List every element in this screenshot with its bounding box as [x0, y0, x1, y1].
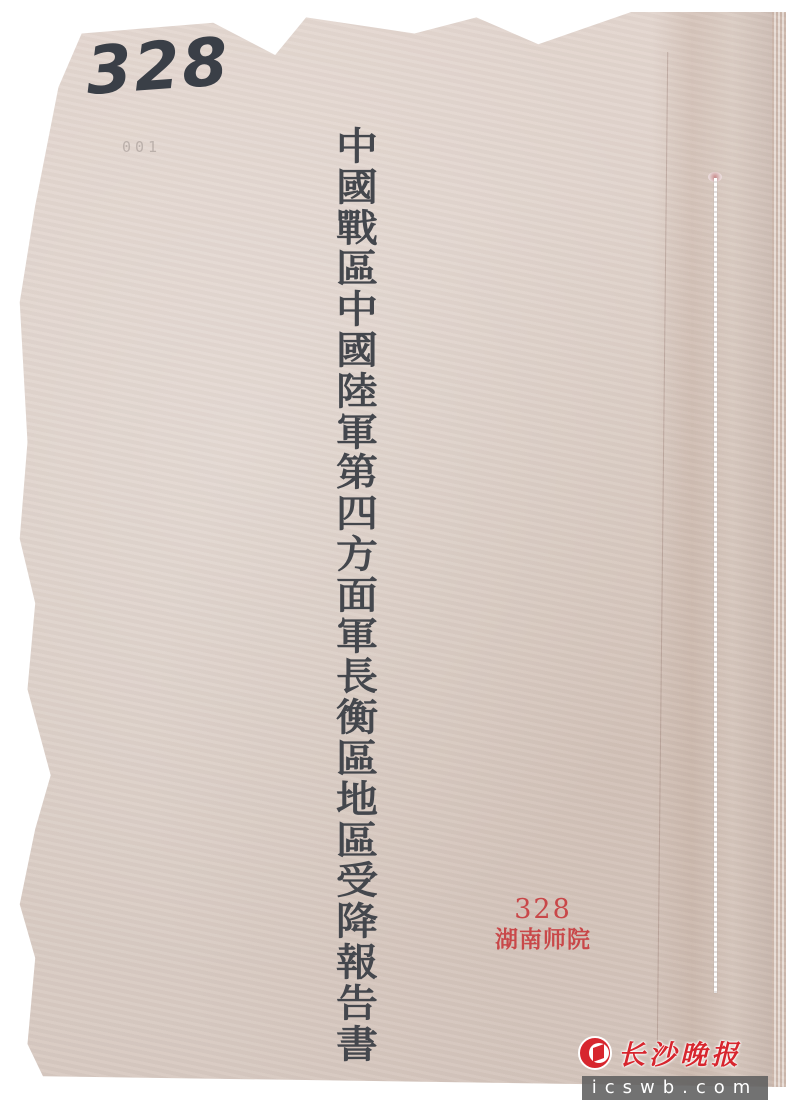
binding-string — [714, 178, 717, 993]
title-char: 地 — [318, 782, 396, 819]
title-char: 區 — [318, 823, 396, 860]
stamp-institution: 湖南师院 — [478, 925, 608, 955]
title-char: 區 — [318, 251, 396, 288]
title-char: 書 — [318, 1027, 396, 1064]
watermark-name: 长沙晚报 — [618, 1033, 742, 1072]
newspaper-logo-icon — [578, 1036, 612, 1070]
watermark-url: icswb.com — [582, 1076, 768, 1100]
title-char: 國 — [318, 333, 396, 370]
title-char: 中 — [318, 129, 396, 166]
title-char: 衡 — [318, 700, 396, 737]
title-char: 第 — [318, 455, 396, 492]
title-char: 面 — [318, 578, 396, 615]
title-char: 中 — [318, 292, 396, 329]
page-edges — [772, 12, 786, 1087]
title-char: 國 — [318, 170, 396, 207]
stamp-number: 328 — [478, 895, 608, 925]
document-cover — [12, 12, 786, 1087]
title-char: 告 — [318, 986, 396, 1023]
newspaper-watermark: 长沙晚报 icswb.com — [578, 1033, 778, 1100]
fold-crease — [657, 52, 668, 1052]
title-char: 方 — [318, 537, 396, 574]
title-char: 戰 — [318, 211, 396, 248]
title-char: 受 — [318, 863, 396, 900]
title-char: 區 — [318, 741, 396, 778]
title-char: 陸 — [318, 374, 396, 411]
library-stamp: 328 湖南师院 — [478, 895, 608, 955]
document-title: 中 國 戰 區 中 國 陸 軍 第 四 方 面 軍 長 衡 區 地 區 受 降 … — [318, 127, 396, 1065]
title-char: 長 — [318, 659, 396, 696]
title-char: 報 — [318, 945, 396, 982]
title-char: 軍 — [318, 415, 396, 452]
handwritten-catalog-number: 328 — [83, 23, 232, 110]
title-char: 降 — [318, 904, 396, 941]
title-char: 軍 — [318, 619, 396, 656]
title-char: 四 — [318, 496, 396, 533]
faint-page-number: 001 — [122, 138, 161, 156]
